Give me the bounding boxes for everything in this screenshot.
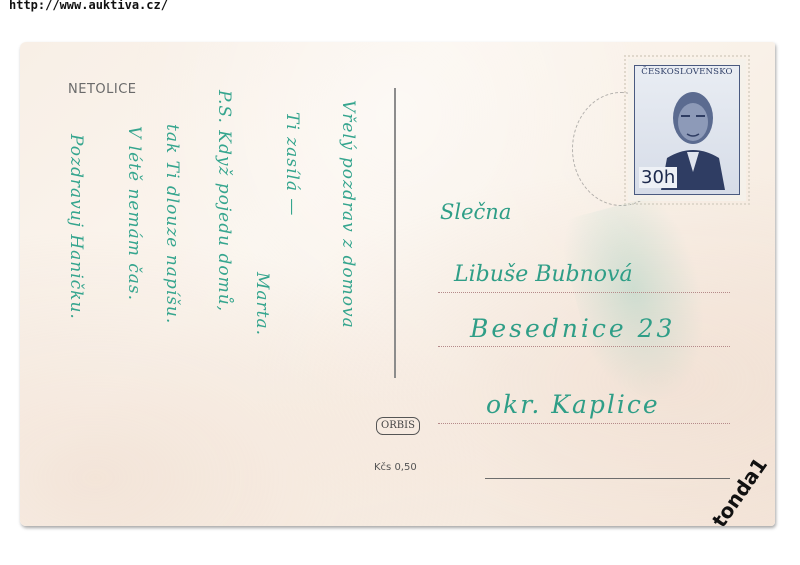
stamp-country: ČESKOSLOVENSKO	[635, 67, 739, 77]
message-line: tak Ti dlouze napíšu.	[162, 124, 182, 324]
price-label: Kčs 0,50	[374, 462, 417, 473]
address-district: okr. Kaplice	[486, 390, 660, 419]
center-divider	[394, 88, 396, 378]
message-line: Vřelý pozdrav z domova	[338, 100, 358, 329]
address-name: Libuše Bubnová	[454, 262, 633, 287]
source-url: http://www.auktiva.cz/	[9, 0, 168, 12]
address-line	[438, 292, 730, 293]
place-title: NETOLICE	[68, 82, 136, 97]
message-line: P.S. Když pojedu domů,	[214, 90, 234, 312]
address-salutation: Slečna	[440, 200, 511, 224]
postage-stamp: ČESKOSLOVENSKO 30h	[628, 59, 746, 201]
message-line: Pozdravuj Haničku.	[66, 134, 86, 320]
message-line: Marta.	[252, 272, 272, 336]
address-line-blank	[485, 478, 730, 479]
message-line: Ti zasílá —	[282, 112, 302, 216]
postcard: NETOLICE Vřelý pozdrav z domova Ti zasíl…	[20, 42, 775, 526]
publisher-logo: ORBIS	[376, 417, 420, 435]
address-line	[438, 346, 730, 347]
stamp-value: 30h	[639, 167, 677, 188]
address-line	[438, 423, 730, 424]
address-street: Besednice 23	[470, 314, 675, 343]
message-line: V létě nemám čas.	[124, 126, 144, 301]
